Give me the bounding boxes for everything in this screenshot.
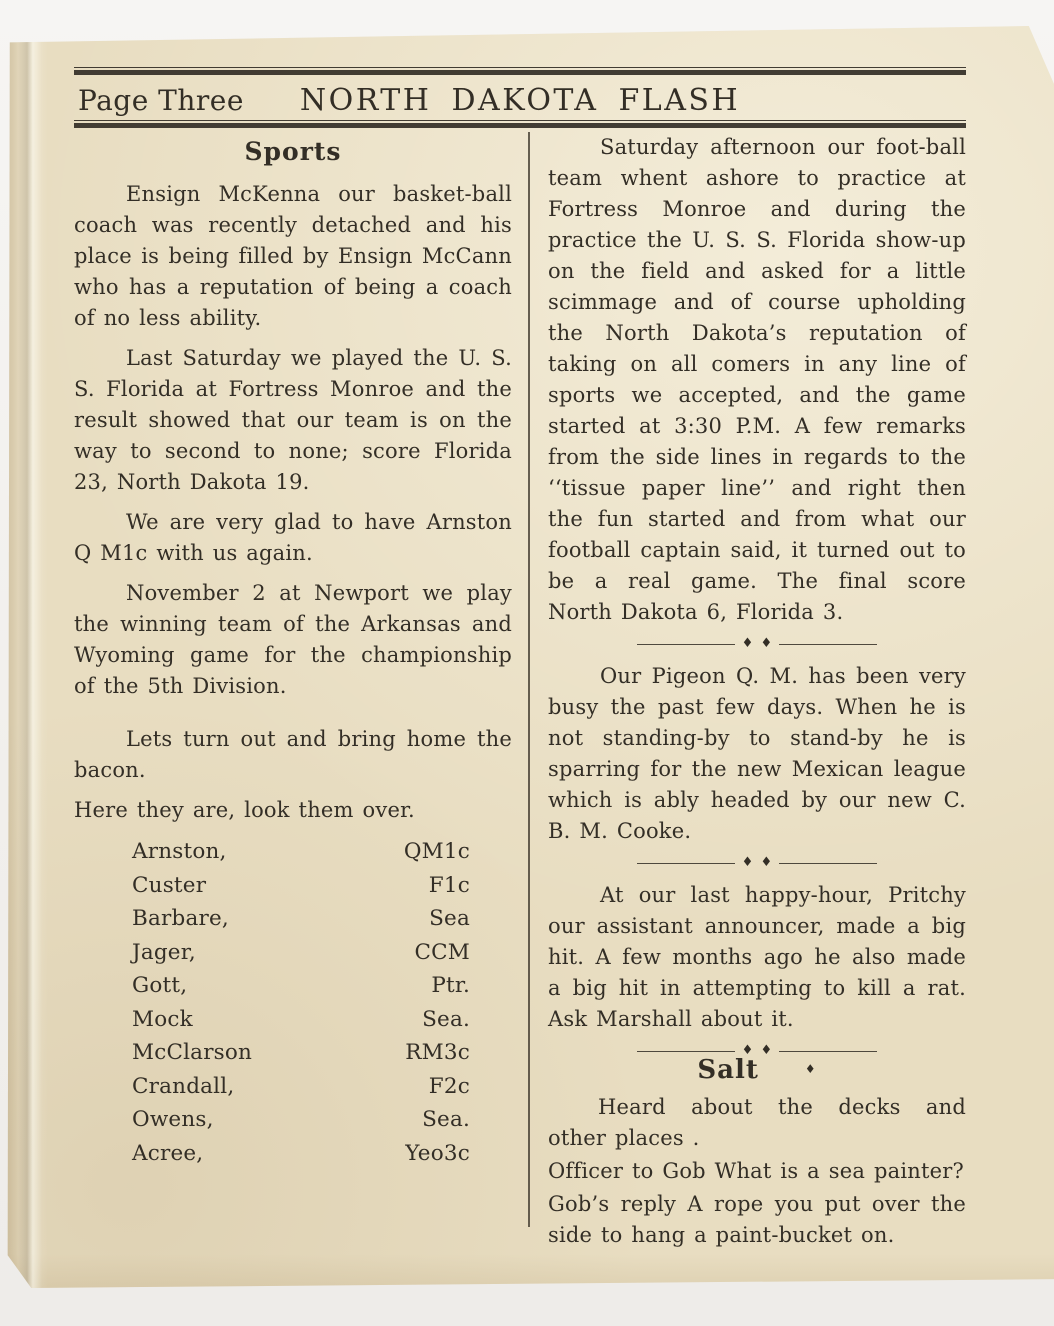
team-roster-list: Arnston,QM1c CusterF1c Barbare,Sea Jager… — [132, 835, 470, 1170]
header-rule-top — [74, 70, 966, 75]
divider-line — [637, 644, 735, 646]
diamond-icon: ♦ — [761, 1044, 773, 1057]
roster-name: Custer — [132, 869, 206, 903]
paragraph-football-scrimmage: Saturday afternoon our foot-ball team wh… — [548, 132, 966, 628]
left-column: Sports Ensign McKenna our basket-ball co… — [74, 132, 528, 1253]
roster-rating: CCM — [414, 936, 470, 970]
divider-line — [779, 1051, 877, 1053]
paragraph-look-them-over: Here they are, look them over. — [74, 795, 512, 826]
diamond-icon: ♦ — [805, 1062, 817, 1076]
roster-name: Arnston, — [132, 835, 227, 869]
roster-rating: QM1c — [404, 835, 470, 869]
roster-rating: Sea — [429, 902, 470, 936]
roster-rating: RM3c — [405, 1036, 470, 1070]
roster-row: Crandall,F2c — [132, 1070, 470, 1104]
salt-title: Salt — [697, 1055, 759, 1085]
roster-rating: Ptr. — [431, 969, 470, 1003]
paragraph-arnston-return: We are very glad to have Arnston Q M1c w… — [74, 507, 512, 569]
paragraph-bring-home-bacon: Lets turn out and bring home the bacon. — [74, 724, 512, 786]
divider-line — [637, 863, 735, 865]
diamond-divider: ♦♦ — [637, 638, 877, 651]
two-column-body: Sports Ensign McKenna our basket-ball co… — [74, 132, 966, 1253]
roster-name: McClarson — [132, 1036, 252, 1070]
divider-line — [637, 1051, 735, 1053]
roster-row: Barbare,Sea — [132, 902, 470, 936]
roster-rating: F1c — [429, 869, 470, 903]
masthead-title: NORTH DAKOTA FLASH — [74, 83, 966, 118]
divider-line — [779, 863, 877, 865]
roster-name: Acree, — [132, 1137, 203, 1171]
salt-line-gob-reply: Gob’s reply A rope you put over the side… — [548, 1189, 966, 1251]
salt-line-heard: Heard about the decks and other places . — [548, 1092, 966, 1154]
paragraph-november-game: November 2 at Newport we play the winnin… — [74, 578, 512, 702]
diamond-icon: ♦ — [742, 856, 754, 869]
roster-rating: F2c — [429, 1070, 470, 1104]
roster-rating: Sea. — [422, 1103, 470, 1137]
sports-section-title: Sports — [74, 136, 512, 167]
diamond-icon: ♦ — [742, 637, 754, 650]
page-content: Page Three NORTH DAKOTA FLASH Sports Ens… — [74, 66, 966, 1253]
roster-row: CusterF1c — [132, 869, 470, 903]
roster-name: Crandall, — [132, 1070, 234, 1104]
roster-row: McClarsonRM3c — [132, 1036, 470, 1070]
roster-row: Arnston,QM1c — [132, 835, 470, 869]
roster-rating: Yeo3c — [405, 1137, 470, 1171]
roster-row: Jager,CCM — [132, 936, 470, 970]
salt-line-officer: Officer to Gob What is a sea painter? — [548, 1156, 966, 1187]
paragraph-pigeon-qm: Our Pigeon Q. M. has been very busy the … — [548, 661, 966, 847]
salt-section-heading: Salt♦ — [548, 1054, 966, 1086]
roster-name: Gott, — [132, 969, 187, 1003]
diamond-divider: ♦♦ — [637, 857, 877, 870]
roster-name: Mock — [132, 1003, 193, 1037]
roster-row: Acree,Yeo3c — [132, 1137, 470, 1171]
diamond-icon: ♦ — [761, 856, 773, 869]
header: Page Three NORTH DAKOTA FLASH — [74, 77, 966, 119]
newsletter-page: Page Three NORTH DAKOTA FLASH Sports Ens… — [4, 26, 1054, 1288]
roster-name: Barbare, — [132, 902, 229, 936]
roster-row: MockSea. — [132, 1003, 470, 1037]
roster-rating: Sea. — [422, 1003, 470, 1037]
roster-row: Gott,Ptr. — [132, 969, 470, 1003]
paragraph-basketball-coach: Ensign McKenna our basket-ball coach was… — [74, 179, 512, 334]
right-column: Saturday afternoon our foot-ball team wh… — [530, 132, 966, 1253]
diamond-icon: ♦ — [761, 637, 773, 650]
roster-name: Jager, — [132, 936, 196, 970]
scan-backdrop: Page Three NORTH DAKOTA FLASH Sports Ens… — [0, 0, 1054, 1326]
diamond-icon: ♦ — [742, 1044, 754, 1057]
roster-name: Owens, — [132, 1103, 214, 1137]
roster-row: Owens,Sea. — [132, 1103, 470, 1137]
salt-section-body: Heard about the decks and other places .… — [548, 1092, 966, 1251]
header-rule-bottom — [74, 123, 966, 128]
paragraph-happy-hour: At our last happy-hour, Pritchy our assi… — [548, 880, 966, 1035]
paragraph-florida-game: Last Saturday we played the U. S. S. Flo… — [74, 343, 512, 498]
divider-line — [779, 644, 877, 646]
